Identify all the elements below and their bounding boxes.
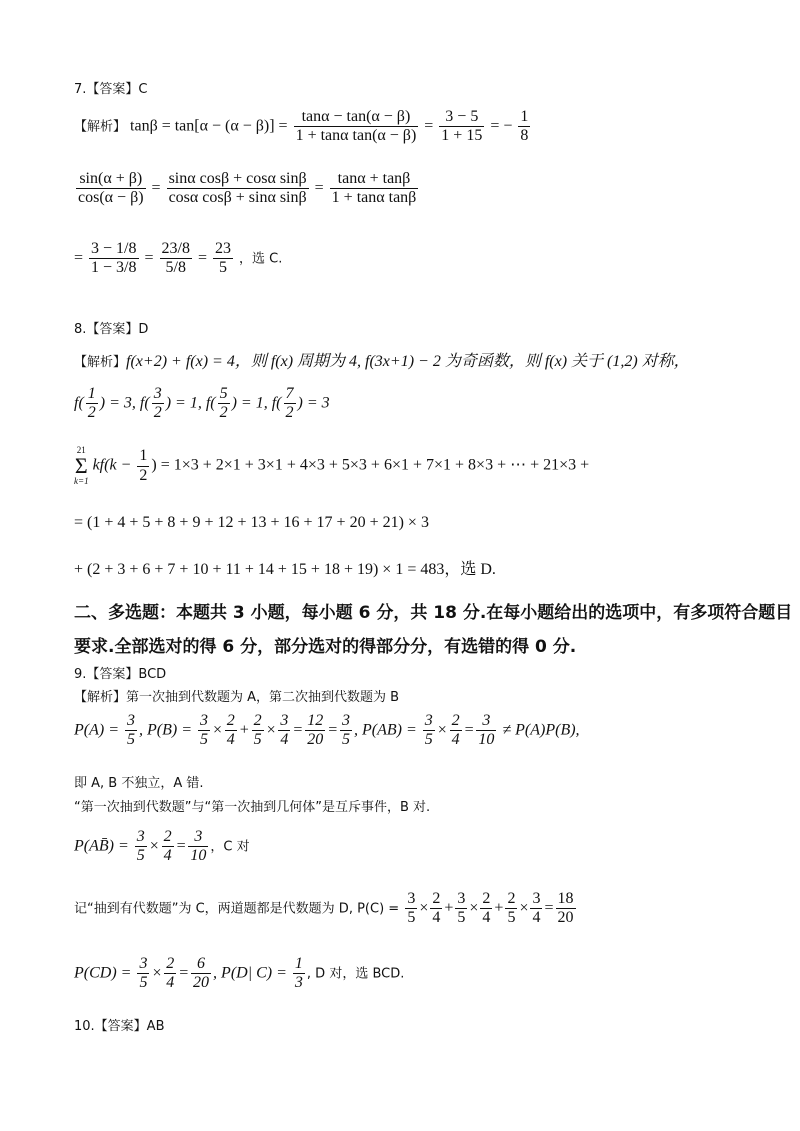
sigma-symbol: 21Σk=1: [74, 446, 89, 486]
q8-answer-label: 8.【答案】D: [74, 318, 148, 337]
q7-answer-label: 7.【答案】C: [74, 78, 147, 97]
q7-equation-2: sin(α + β)cos(α − β) = sinα cosβ + cosα …: [74, 170, 420, 208]
q9-probability-line: P(A) = 35, P(B) = 35×24+25×34=1220=35, P…: [74, 712, 580, 750]
q9-answer-label: 9.【答案】BCD: [74, 663, 166, 682]
q10-answer-label: 10.【答案】AB: [74, 1015, 165, 1034]
q9-analysis: 【解析】第一次抽到代数题为 A，第二次抽到代数题为 B: [74, 686, 399, 705]
fraction: tanα − tan(α − β)1 + tanα tan(α − β): [294, 108, 419, 146]
q9-line-c: P(AB̄) = 35×24=310，C 对: [74, 828, 250, 866]
fraction: 18: [518, 108, 530, 146]
q9-line-e: P(CD) = 35×24=620, P(D| C) = 13, D 对，选 B…: [74, 955, 404, 993]
section-heading-line-2: 要求.全部选对的得 6 分，部分选对的得部分分，有选错的得 0 分.: [74, 632, 576, 657]
q9-line-d: 记“抽到有代数题”为 C，两道题都是代数题为 D, P(C) = 35×24+3…: [74, 890, 578, 928]
q9-line-a: 即 A, B 不独立，A 错.: [74, 772, 204, 791]
q8-group-3: = (1 + 4 + 5 + 8 + 9 + 12 + 13 + 16 + 17…: [74, 514, 429, 532]
section-heading-line-1: 二、多选题：本题共 3 小题，每小题 6 分，共 18 分.在每小题给出的选项中…: [74, 598, 792, 623]
q8-line-1: 【解析】f(x+2) + f(x) = 4，则 f(x) 周期为 4, f(3x…: [74, 348, 690, 371]
eq-text: tanβ = tan[α − (α − β)] =: [130, 118, 292, 135]
q8-group-1: + (2 + 3 + 6 + 7 + 10 + 11 + 14 + 15 + 1…: [74, 556, 496, 579]
q8-summation: 21Σk=1 kf(k − 12) = 1×3 + 2×1 + 3×1 + 4×…: [74, 446, 589, 486]
fraction: 3 − 51 + 15: [439, 108, 484, 146]
q8-values: f(12) = 3, f(32) = 1, f(52) = 1, f(72) =…: [74, 385, 330, 423]
q7-equation-3: = 3 − 1/81 − 3/8 = 23/85/8 = 235 ，选 C.: [74, 240, 282, 278]
q7-equation-1: 【解析】 tanβ = tan[α − (α − β)] = tanα − ta…: [74, 108, 532, 146]
q9-line-b: “第一次抽到代数题”与“第一次抽到几何体”是互斥事件，B 对.: [74, 796, 430, 815]
analysis-tag: 【解析】: [74, 120, 126, 135]
